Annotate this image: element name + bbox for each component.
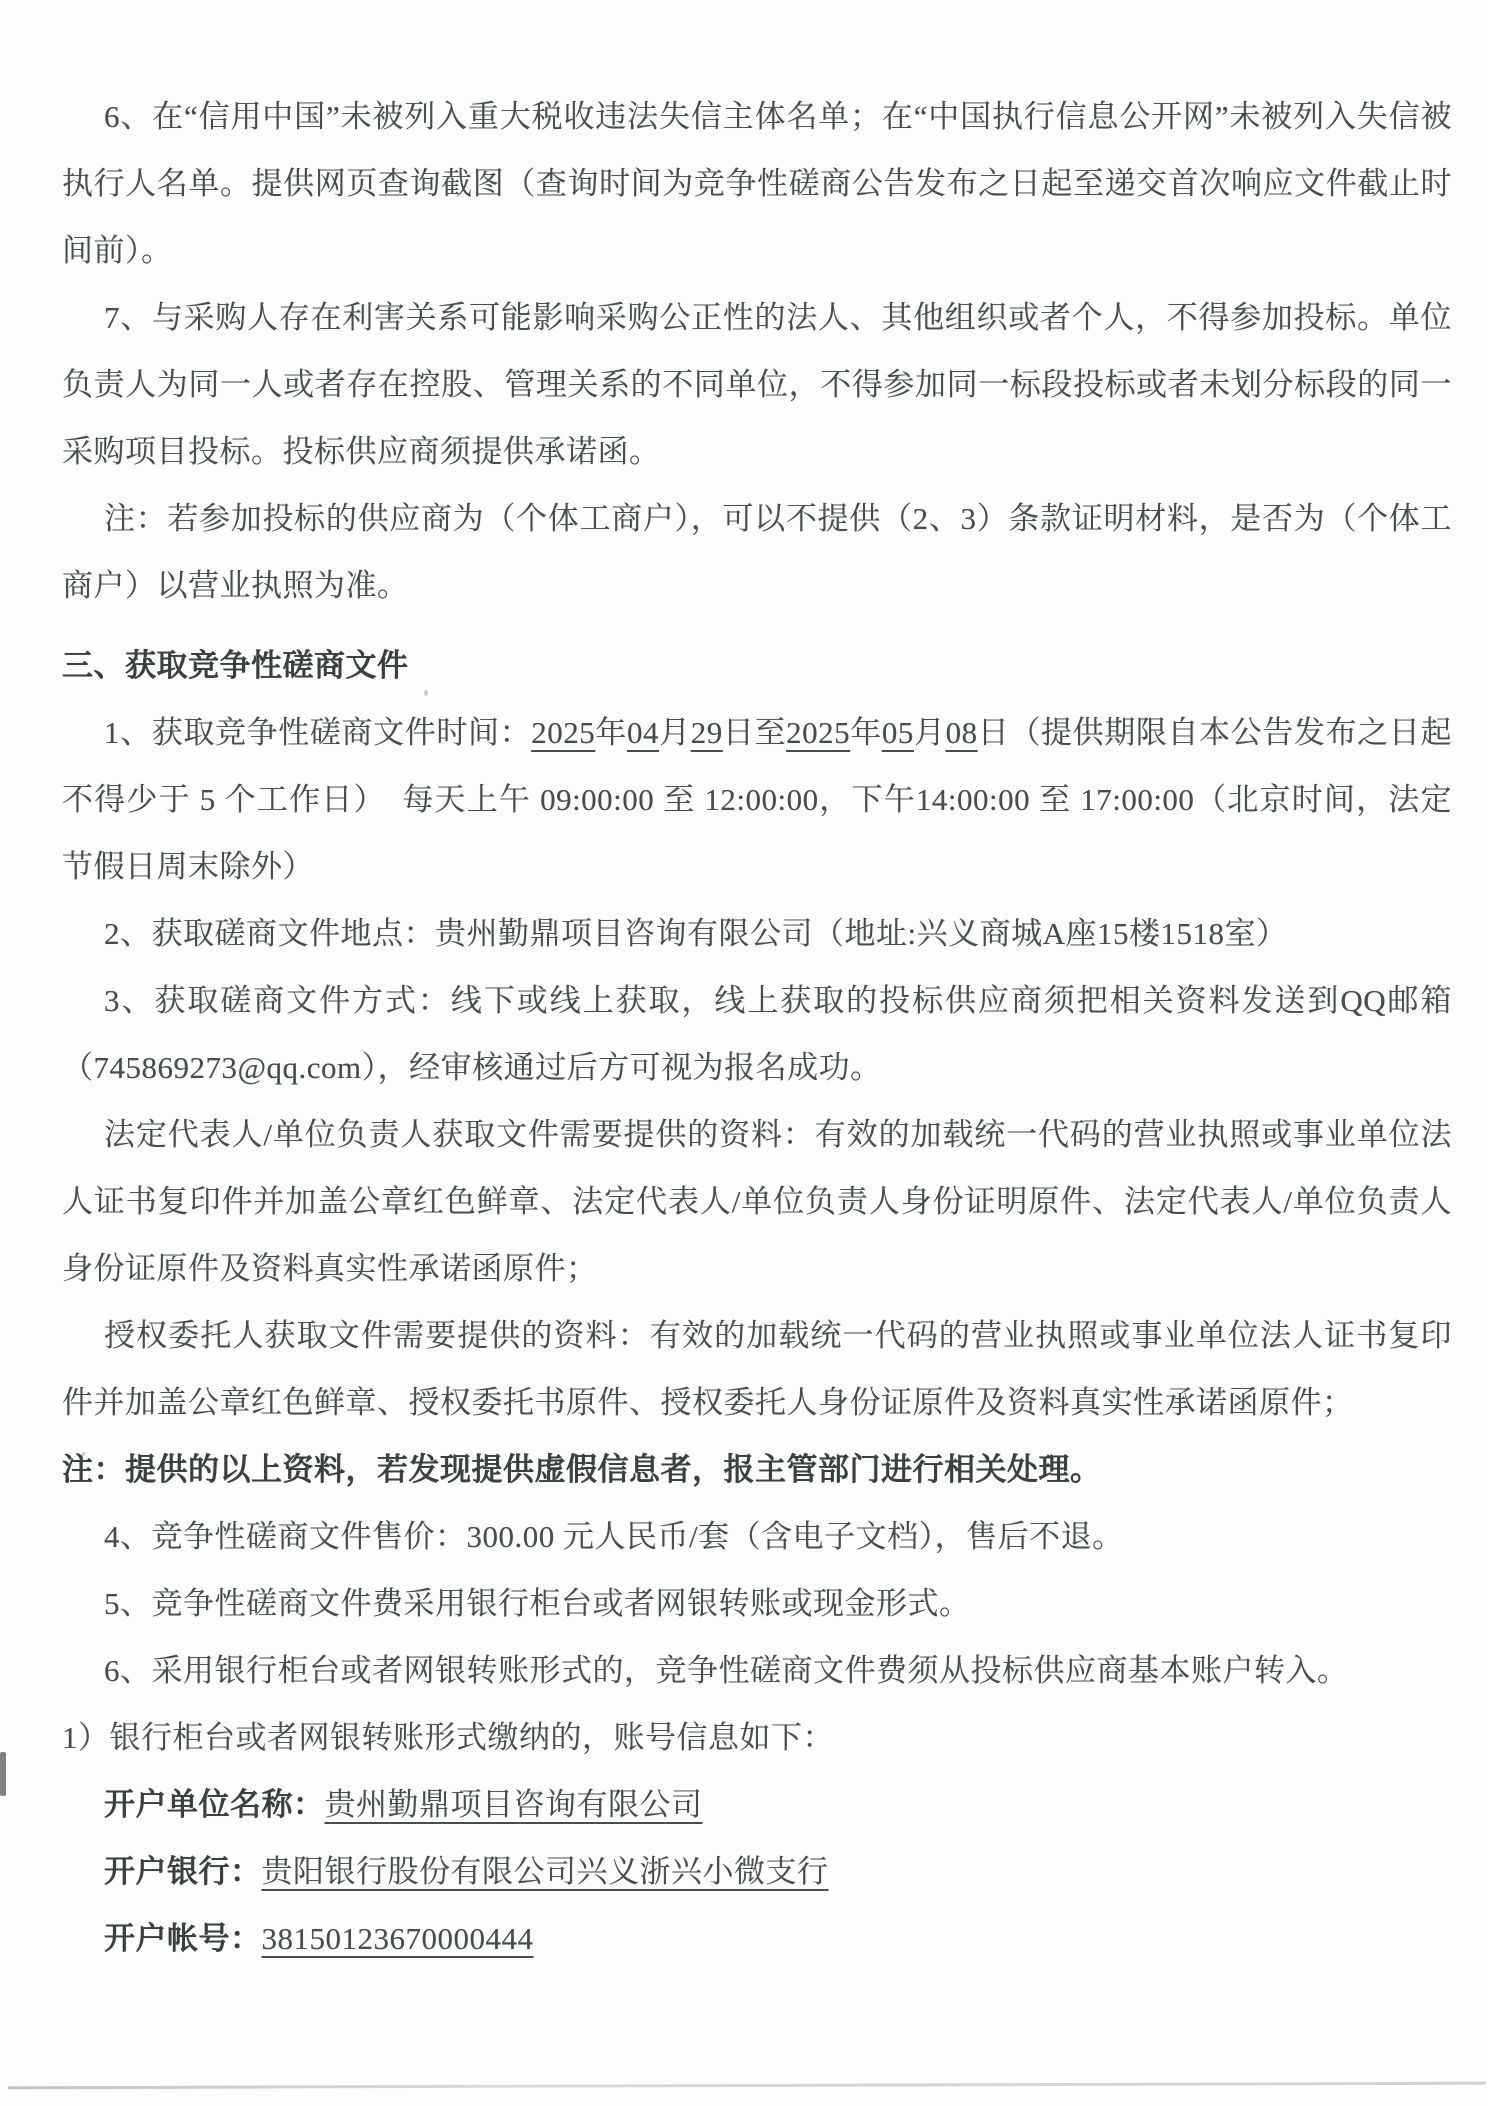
start-day: 29 xyxy=(691,715,723,750)
text-run: 日至 xyxy=(723,715,786,750)
para-authorized-agent-materials: 授权委托人获取文件需要提供的资料：有效的加载统一代码的营业执照或事业单位法人证书… xyxy=(62,1302,1452,1436)
end-year: 2025 xyxy=(786,715,850,750)
bank-account-holder-row: 开户单位名称：贵州勤鼎项目咨询有限公司 xyxy=(62,1771,1452,1838)
text-run: 月 xyxy=(914,715,946,750)
text-run: 注：若参加投标的供应商为（个体工商户），可以不提供（2、3）条款证明材料，是否为… xyxy=(62,501,1452,603)
scan-smudge-artifact xyxy=(0,1752,6,1796)
account-number-value: 38150123670000444 xyxy=(262,1921,534,1956)
text-run: 授权委托人获取文件需要提供的资料：有效的加载统一代码的营业执照或事业单位法人证书… xyxy=(62,1318,1452,1420)
start-year: 2025 xyxy=(531,715,595,750)
text-run: 法定代表人/单位负责人获取文件需要提供的资料：有效的加载统一代码的营业执照或事业… xyxy=(62,1117,1452,1286)
bank-name-value: 贵阳银行股份有限公司兴义浙兴小微支行 xyxy=(262,1854,829,1889)
document-page: 6、在“信用中国”未被列入重大税收违法失信主体名单；在“中国执行信息公开网”未被… xyxy=(0,0,1488,2106)
bank-account-number-row: 开户帐号：38150123670000444 xyxy=(62,1905,1452,1972)
text-run: 7、与采购人存在利害关系可能影响采购公正性的法人、其他组织或者个人，不得参加投标… xyxy=(62,300,1452,469)
document-body: 6、在“信用中国”未被列入重大税收违法失信主体名单；在“中国执行信息公开网”未被… xyxy=(62,83,1452,1972)
scan-speck-artifact xyxy=(424,690,428,696)
text-run: 3、获取磋商文件方式：线下或线上获取，线上获取的投标供应商须把相关资料发送到QQ… xyxy=(62,983,1452,1085)
account-number-label: 开户帐号： xyxy=(104,1921,262,1956)
item-6-basic-account-transfer: 6、采用银行柜台或者网银转账形式的，竞争性磋商文件费须从投标供应商基本账户转入。 xyxy=(62,1637,1452,1704)
bank-name-label: 开户银行： xyxy=(104,1854,262,1889)
item-3-obtain-method: 3、获取磋商文件方式：线下或线上获取，线上获取的投标供应商须把相关资料发送到QQ… xyxy=(62,967,1452,1101)
page-edge-scan-line xyxy=(8,2082,1486,2090)
text-run: 6、在“信用中国”未被列入重大税收违法失信主体名单；在“中国执行信息公开网”未被… xyxy=(62,99,1452,268)
item-1-obtain-time: 1、获取竞争性磋商文件时间：2025年04月29日至2025年05月08日（提供… xyxy=(62,699,1452,900)
clause-7-conflict-of-interest: 7、与采购人存在利害关系可能影响采购公正性的法人、其他组织或者个人，不得参加投标… xyxy=(62,284,1452,485)
account-holder-value: 贵州勤鼎项目咨询有限公司 xyxy=(325,1787,703,1822)
para-bank-transfer-intro: 1）银行柜台或者网银转账形式缴纳的，账号信息如下： xyxy=(62,1704,1452,1771)
end-day: 08 xyxy=(946,715,978,750)
text-run: 1）银行柜台或者网银转账形式缴纳的，账号信息如下： xyxy=(62,1720,834,1755)
text-run: 4、竞争性磋商文件售价：300.00 元人民币/套（含电子文档），售后不退。 xyxy=(104,1519,1124,1554)
account-holder-label: 开户单位名称： xyxy=(104,1787,325,1822)
text-run: 年 xyxy=(595,715,627,750)
text-run: 三、获取竞争性磋商文件 xyxy=(62,648,409,683)
text-run: 6、采用银行柜台或者网银转账形式的，竞争性磋商文件费须从投标供应商基本账户转入。 xyxy=(104,1653,1349,1688)
end-month: 05 xyxy=(882,715,914,750)
text-run: 注：提供的以上资料，若发现提供虚假信息者，报主管部门进行相关处理。 xyxy=(62,1452,1102,1487)
text-run: 1、获取竞争性磋商文件时间： xyxy=(104,715,531,750)
para-legal-representative-materials: 法定代表人/单位负责人获取文件需要提供的资料：有效的加载统一代码的营业执照或事业… xyxy=(62,1101,1452,1302)
clause-6-credit-china: 6、在“信用中国”未被列入重大税收违法失信主体名单；在“中国执行信息公开网”未被… xyxy=(62,83,1452,284)
item-5-payment-forms: 5、竞争性磋商文件费采用银行柜台或者网银转账或现金形式。 xyxy=(62,1570,1452,1637)
section-heading-obtain-documents: 三、获取竞争性磋商文件 xyxy=(62,632,1452,699)
item-2-obtain-location: 2、获取磋商文件地点：贵州勤鼎项目咨询有限公司（地址:兴义商城A座15楼1518… xyxy=(62,900,1452,967)
note-false-information: 注：提供的以上资料，若发现提供虚假信息者，报主管部门进行相关处理。 xyxy=(62,1436,1452,1503)
bank-name-row: 开户银行：贵阳银行股份有限公司兴义浙兴小微支行 xyxy=(62,1838,1452,1905)
scan-speck-artifact xyxy=(82,1452,85,1456)
text-run: 5、竞争性磋商文件费采用银行柜台或者网银转账或现金形式。 xyxy=(104,1586,971,1621)
item-4-document-price: 4、竞争性磋商文件售价：300.00 元人民币/套（含电子文档），售后不退。 xyxy=(62,1503,1452,1570)
text-run: 年 xyxy=(850,715,882,750)
start-month: 04 xyxy=(627,715,659,750)
text-run: 2、获取磋商文件地点：贵州勤鼎项目咨询有限公司（地址:兴义商城A座15楼1518… xyxy=(104,916,1288,951)
note-individual-business: 注：若参加投标的供应商为（个体工商户），可以不提供（2、3）条款证明材料，是否为… xyxy=(62,485,1452,619)
text-run: 月 xyxy=(659,715,691,750)
